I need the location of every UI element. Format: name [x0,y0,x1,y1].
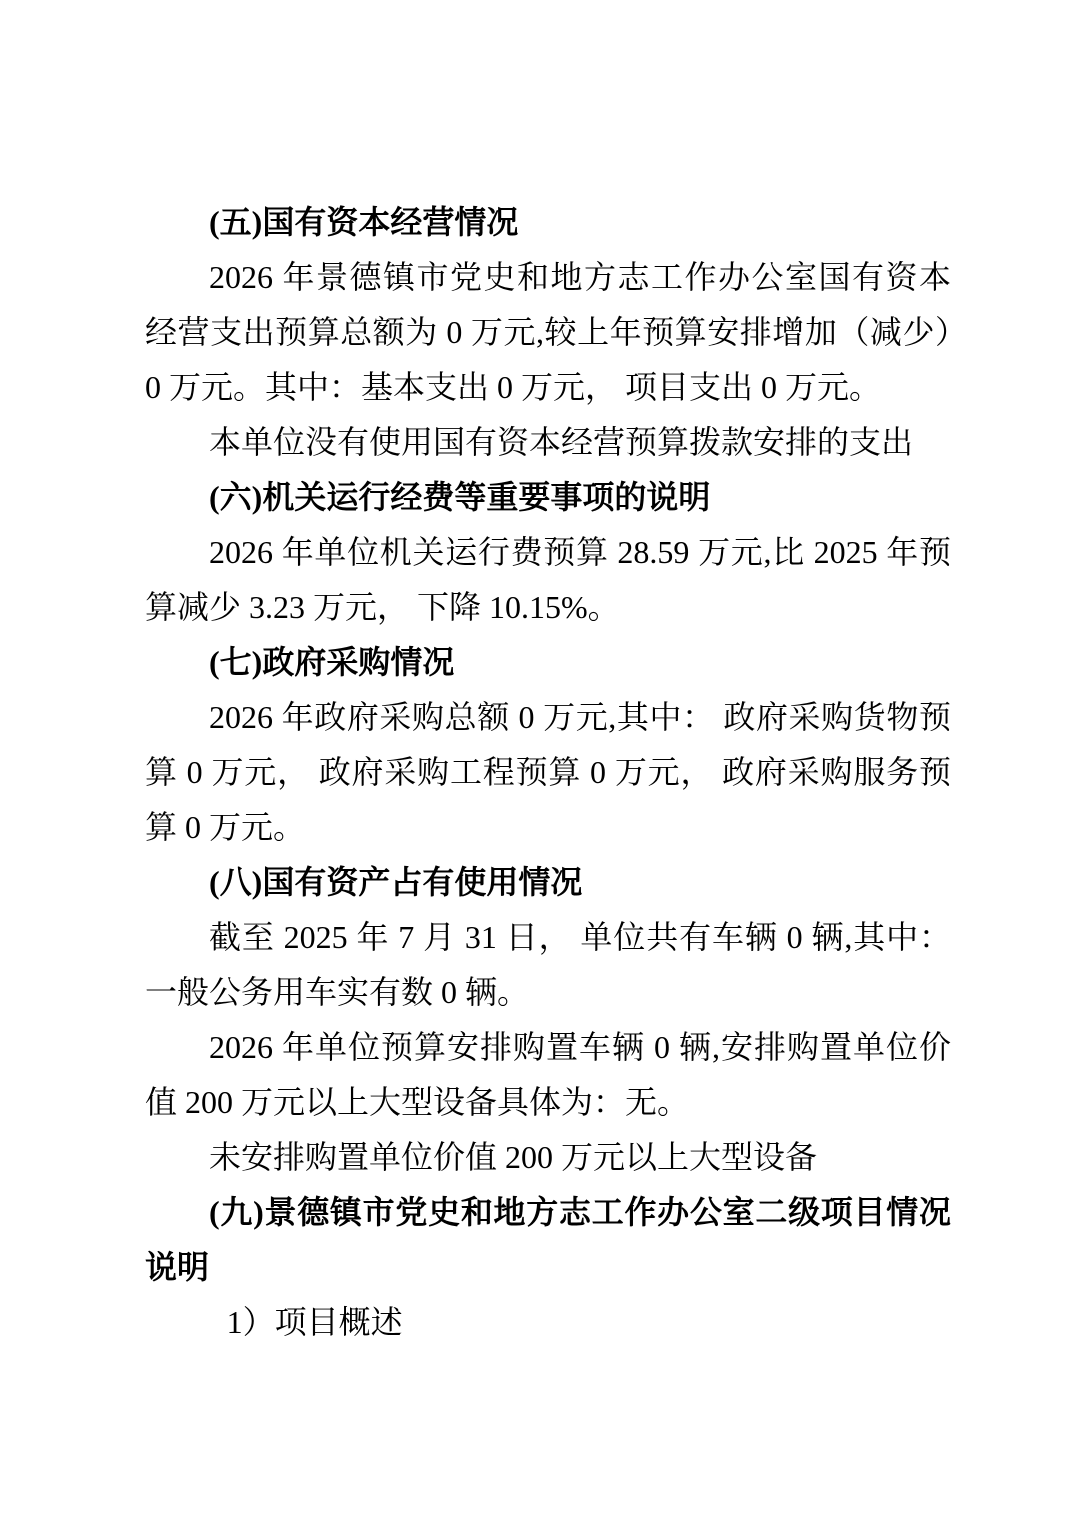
section-heading-7-gov-procurement: (七)政府采购情况 [145,635,951,690]
paragraph-no-large-equipment: 未安排购置单位价值 200 万元以上大型设备 [145,1130,951,1185]
sub-item-project-overview: 1）项目概述 [145,1295,951,1350]
document-page: (五)国有资本经营情况 2026 年景德镇市党史和地方志工作办公室国有资本经营支… [0,0,1074,1520]
paragraph-vehicle-purchase-plan: 2026 年单位预算安排购置车辆 0 辆,安排购置单位价值 200 万元以上大型… [145,1020,951,1130]
paragraph-gov-procurement-budget: 2026 年政府采购总额 0 万元,其中： 政府采购货物预算 0 万元， 政府采… [145,690,951,855]
section-heading-6-operating-funds: (六)机关运行经费等重要事项的说明 [145,470,951,525]
section-heading-9-secondary-projects: (九)景德镇市党史和地方志工作办公室二级项目情况说明 [145,1185,951,1295]
paragraph-no-state-capital-expenditure: 本单位没有使用国有资本经营预算拨款安排的支出 [145,415,951,470]
section-heading-8-state-assets: (八)国有资产占有使用情况 [145,855,951,910]
paragraph-operating-funds-budget: 2026 年单位机关运行费预算 28.59 万元,比 2025 年预算减少 3.… [145,525,951,635]
section-heading-5-state-capital: (五)国有资本经营情况 [145,195,951,250]
paragraph-vehicle-count: 截至 2025 年 7 月 31 日， 单位共有车辆 0 辆,其中：一般公务用车… [145,910,951,1020]
paragraph-state-capital-budget: 2026 年景德镇市党史和地方志工作办公室国有资本经营支出预算总额为 0 万元,… [145,250,951,415]
